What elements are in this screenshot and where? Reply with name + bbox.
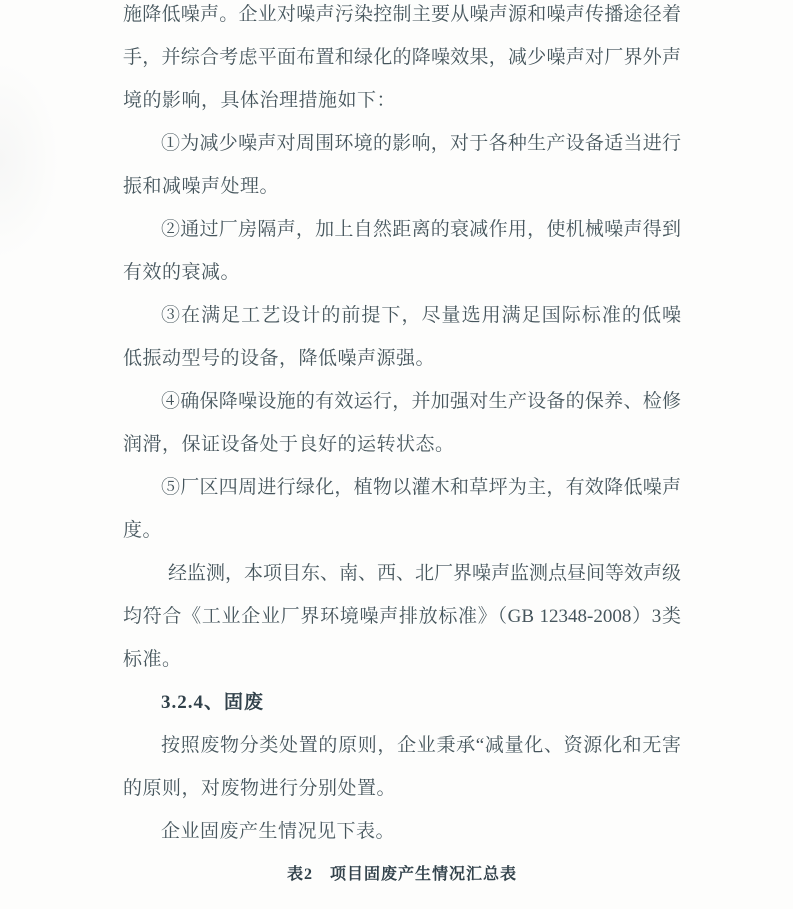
paragraph-line: 手，并综合考虑平面布置和绿化的降噪效果，减少噪声对厂界外声环 [123, 36, 681, 79]
measure-5-line: ⑤厂区四周进行绿化，植物以灌木和草坪为主，有效降低噪声强 [123, 466, 681, 509]
section-heading-3-2-4: 3.2.4、固废 [123, 681, 681, 724]
paragraph-line: 施降低噪声。企业对噪声污染控制主要从噪声源和噪声传播途径着 [123, 0, 681, 36]
monitoring-result-line: 均符合《工业企业厂界环境噪声排放标准》（GB 12348-2008）3类区 [123, 595, 681, 638]
measure-3-line: ③在满足工艺设计的前提下，尽量选用满足国际标准的低噪声、 [123, 294, 681, 337]
measure-2-line: 有效的衰减。 [123, 251, 681, 294]
monitoring-result-line: 标准。 [123, 638, 681, 681]
measure-4-line: ④确保降噪设施的有效运行，并加强对生产设备的保养、检修和 [123, 380, 681, 423]
solid-waste-paragraph-line: 的原则，对废物进行分别处置。 [123, 767, 681, 810]
scan-artifact [0, 60, 60, 260]
document-page: 施降低噪声。企业对噪声污染控制主要从噪声源和噪声传播途径着 手，并综合考虑平面布… [0, 0, 793, 909]
table-caption: 表2 项目固废产生情况汇总表 [123, 853, 681, 896]
measure-1-line: ①为减少噪声对周围环境的影响，对于各种生产设备适当进行减 [123, 122, 681, 165]
measure-1-line: 振和减噪声处理。 [123, 165, 681, 208]
table-intro-line: 企业固废产生情况见下表。 [123, 810, 681, 853]
monitoring-result-line: 经监测，本项目东、南、西、北厂界噪声监测点昼间等效声级 [123, 552, 681, 595]
measure-4-line: 润滑，保证设备处于良好的运转状态。 [123, 423, 681, 466]
measure-3-line: 低振动型号的设备，降低噪声源强。 [123, 337, 681, 380]
measure-5-line: 度。 [123, 509, 681, 552]
document-text: 施降低噪声。企业对噪声污染控制主要从噪声源和噪声传播途径着 手，并综合考虑平面布… [123, 0, 681, 896]
paragraph-line: 境的影响，具体治理措施如下： [123, 79, 681, 122]
measure-2-line: ②通过厂房隔声，加上自然距离的衰减作用，使机械噪声得到了 [123, 208, 681, 251]
solid-waste-paragraph-line: 按照废物分类处置的原则，企业秉承“减量化、资源化和无害化” [123, 724, 681, 767]
